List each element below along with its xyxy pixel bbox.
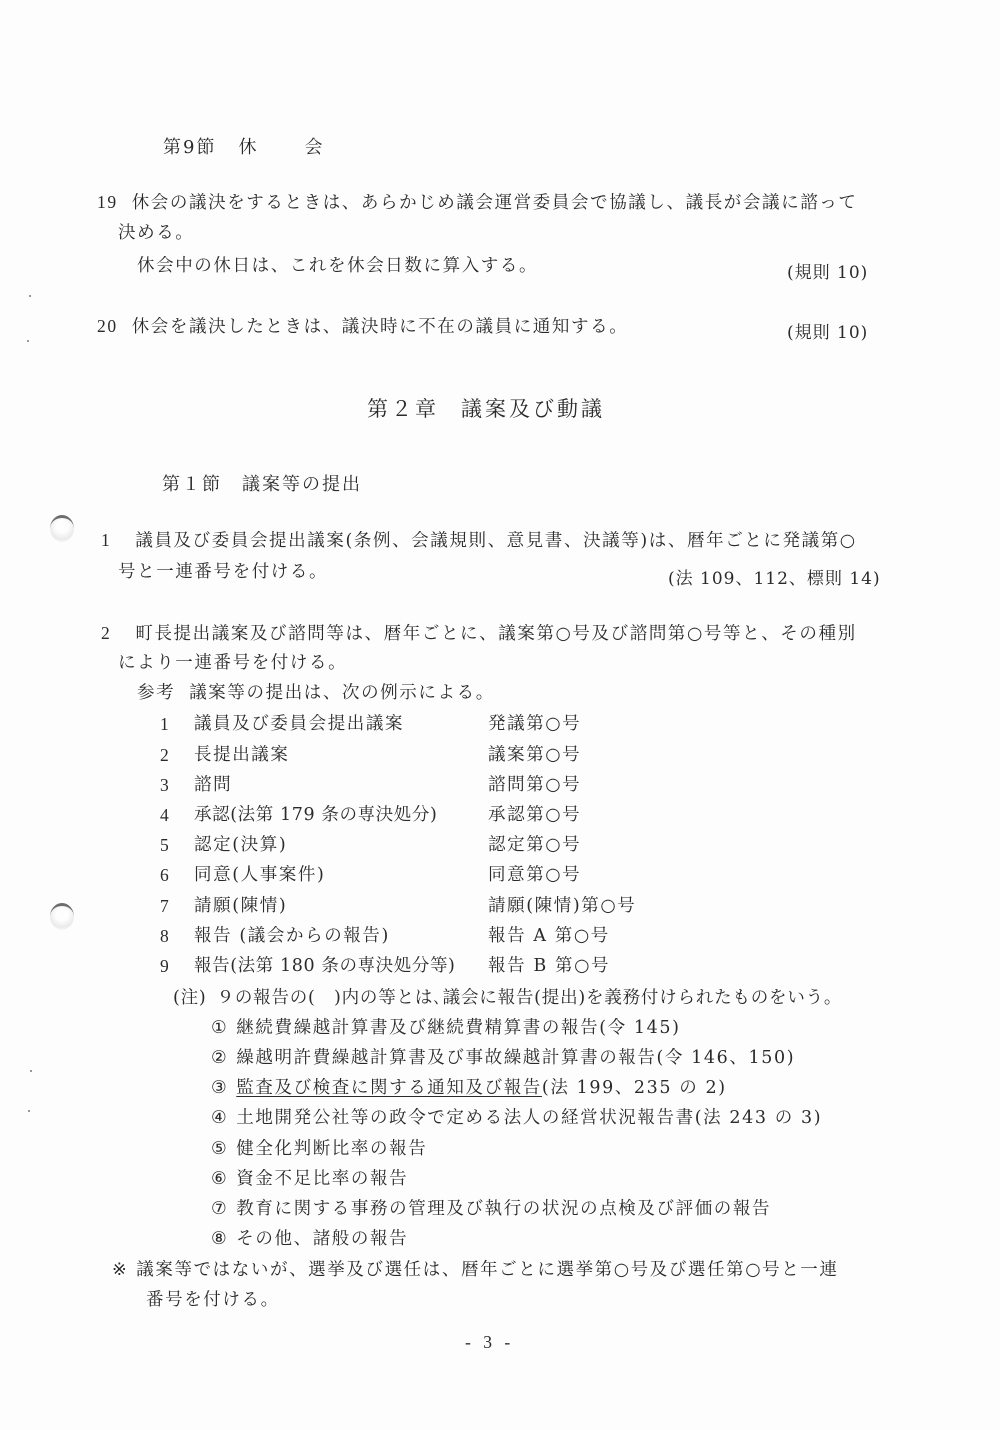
reference-text: 議案等の提出は、次の例示による。 (189, 683, 495, 703)
example-type: 認定(決算) (194, 837, 287, 855)
paragraph-number: 19 (97, 192, 118, 212)
punch-hole-mark (50, 515, 74, 542)
scan-speck (30, 1070, 32, 1072)
citation: (規則 10) (787, 318, 868, 343)
paragraph-number: 1 (101, 530, 111, 550)
note-item-text: 教育に関する事務の管理及び執行の状況の点検及び評価の報告 (236, 1199, 771, 1219)
example-type: 議員及び委員会提出議案 (194, 716, 404, 734)
example-type: 諮問 (194, 777, 232, 795)
example-type: 長提出議案 (194, 747, 290, 765)
example-row: 4 (160, 807, 170, 826)
example-number: 8 (160, 926, 170, 946)
example-row: 3 (160, 777, 170, 796)
note-item-text: 繰越明許費繰越計算書及び事故繰越計算書の報告(令 146、150) (236, 1048, 795, 1068)
paragraph-20: 20休会を議決したときは、議決時に不在の議員に通知する。 (97, 318, 628, 337)
example-numbering: 発議第○号 (488, 716, 581, 734)
note-line: (注)９の報告の( )内の等とは､議会に報告(提出)を義務付けられたものをいう。 (173, 990, 842, 1008)
paragraph-number: 20 (97, 316, 118, 336)
example-number: 6 (160, 865, 170, 885)
example-numbering: 認定第○号 (488, 837, 581, 855)
note-item: ⑦教育に関する事務の管理及び執行の状況の点検及び評価の報告 (211, 1201, 771, 1219)
example-number: 3 (160, 775, 170, 795)
section-number: 第9節 (163, 137, 216, 158)
paragraph-19-line3: 休会中の休日は、これを休会日数に算入する。 (137, 258, 538, 276)
section-heading: 第１節議案等の提出 (162, 470, 362, 496)
chapter-heading: 第２章議案及び動議 (367, 393, 605, 423)
example-numbering: 承認第○号 (488, 807, 581, 825)
note-item-mark: ⑧ (211, 1229, 228, 1249)
section-heading: 第9節休会 (163, 133, 324, 159)
example-number: 5 (160, 835, 170, 855)
note-item-mark: ③ (211, 1078, 228, 1098)
note-text: ９の報告の( )内の等とは､議会に報告(提出)を義務付けられたものをいう。 (217, 988, 843, 1008)
scan-speck (29, 295, 31, 297)
note-item: ④土地開発公社等の政令で定める法人の経営状況報告書(法 243 の 3) (211, 1110, 822, 1128)
example-row: 9 (160, 958, 170, 977)
example-numbering: 報告 A 第○号 (488, 928, 610, 946)
remark-text: 議案等ではないが、選挙及び選任は、暦年ごとに選挙第○号及び選任第○号と一連 (136, 1260, 838, 1280)
paragraph-text: 休会の議決をするときは、あらかじめ議会運営委員会で協議し、議長が会議に諮って (132, 193, 858, 213)
note-item-text: 資金不足比率の報告 (236, 1169, 408, 1189)
paragraph-2-line2: により一連番号を付ける。 (118, 655, 347, 673)
note-item-text: (法 199、235 の 2) (542, 1078, 727, 1098)
punch-hole-mark (50, 903, 74, 930)
paragraph-19-line2: 決める。 (118, 225, 194, 243)
note-item-text: 継続費繰越計算書及び継続費精算書の報告(令 145) (236, 1018, 680, 1038)
example-type: 同意(人事案件) (194, 867, 325, 885)
note-item-mark: ② (211, 1048, 228, 1068)
reference-line: 参考議案等の提出は、次の例示による。 (137, 685, 495, 703)
reference-label: 参考 (137, 683, 175, 703)
example-type: 請願(陳情) (194, 898, 287, 916)
scan-speck (28, 1110, 30, 1112)
document-page: 第9節休会 19休会の議決をするときは、あらかじめ議会運営委員会で協議し、議長が… (0, 0, 1000, 1430)
example-row: 1 (160, 716, 170, 735)
example-row: 7 (160, 898, 170, 917)
section-title: 議案等の提出 (242, 474, 362, 495)
section-number: 第１節 (162, 474, 222, 495)
chapter-title: 議案及び動議 (461, 397, 605, 421)
example-row: 6 (160, 867, 170, 886)
page-number: - 3 - (465, 1334, 514, 1352)
note-item-mark: ④ (211, 1108, 228, 1128)
example-number: 4 (160, 805, 170, 825)
note-item-mark: ⑤ (211, 1139, 228, 1159)
paragraph-2-line1: 2町長提出議案及び諮問等は、暦年ごとに、議案第○号及び諮問第○号等と、その種別 (101, 625, 857, 644)
citation: (規則 10) (787, 258, 868, 283)
note-item-underlined-text: 監査及び検査に関する通知及び報告 (236, 1078, 542, 1098)
note-item-mark: ① (211, 1018, 228, 1038)
example-number: 9 (160, 956, 170, 976)
example-numbering: 報告 B 第○号 (488, 958, 610, 976)
paragraph-1-line1: 1議員及び委員会提出議案(条例、会議規則、意見書、決議等)は、暦年ごとに発議第○ (101, 532, 857, 551)
paragraph-text: 休会を議決したときは、議決時に不在の議員に通知する。 (132, 317, 629, 337)
example-row: 5 (160, 837, 170, 856)
citation: (法 109、112、標則 14) (668, 564, 881, 589)
paragraph-text: 町長提出議案及び諮問等は、暦年ごとに、議案第○号及び諮問第○号等と、その種別 (135, 624, 856, 644)
paragraph-number: 2 (101, 623, 111, 643)
note-item-text: その他、諸般の報告 (236, 1229, 408, 1249)
paragraph-text: 議員及び委員会提出議案(条例、会議規則、意見書、決議等)は、暦年ごとに発議第○ (135, 531, 856, 551)
remark-mark: ※ (112, 1260, 128, 1280)
paragraph-1-line2: 号と一連番号を付ける。 (118, 564, 328, 582)
example-numbering: 諮問第○号 (488, 777, 581, 795)
example-type: 報告(法第 180 条の専決処分等) (194, 958, 455, 976)
example-number: 2 (160, 745, 170, 765)
example-type: 承認(法第 179 条の専決処分) (194, 807, 437, 825)
chapter-number: 第２章 (367, 397, 439, 421)
example-row: 2 (160, 747, 170, 766)
note-item-mark: ⑥ (211, 1169, 228, 1189)
remark-line1: ※議案等ではないが、選挙及び選任は、暦年ごとに選挙第○号及び選任第○号と一連 (112, 1262, 839, 1280)
example-numbering: 同意第○号 (488, 867, 581, 885)
note-item: ⑧その他、諸般の報告 (211, 1231, 408, 1249)
note-item-text: 土地開発公社等の政令で定める法人の経営状況報告書(法 243 の 3) (236, 1108, 822, 1128)
remark-line2: 番号を付ける。 (146, 1292, 280, 1310)
paragraph-19-line1: 19休会の議決をするときは、あらかじめ議会運営委員会で協議し、議長が会議に諮って (97, 194, 858, 213)
note-label: (注) (173, 988, 207, 1008)
note-item: ⑥資金不足比率の報告 (211, 1171, 408, 1189)
example-number: 1 (160, 714, 170, 734)
example-numbering: 請願(陳情)第○号 (488, 898, 636, 916)
note-item-mark: ⑦ (211, 1199, 228, 1219)
section-title-part: 休 (238, 137, 258, 158)
section-title-part: 会 (304, 137, 324, 158)
note-item: ②繰越明許費繰越計算書及び事故繰越計算書の報告(令 146、150) (211, 1050, 795, 1068)
note-item: ①継続費繰越計算書及び継続費精算書の報告(令 145) (211, 1020, 681, 1038)
note-item: ③監査及び検査に関する通知及び報告(法 199、235 の 2) (211, 1080, 727, 1098)
example-numbering: 議案第○号 (488, 747, 581, 765)
example-row: 8 (160, 928, 170, 947)
note-item: ⑤健全化判断比率の報告 (211, 1141, 427, 1159)
scan-speck (27, 340, 29, 342)
example-number: 7 (160, 896, 170, 916)
note-item-text: 健全化判断比率の報告 (236, 1139, 427, 1159)
example-type: 報告 (議会からの報告) (194, 928, 390, 946)
